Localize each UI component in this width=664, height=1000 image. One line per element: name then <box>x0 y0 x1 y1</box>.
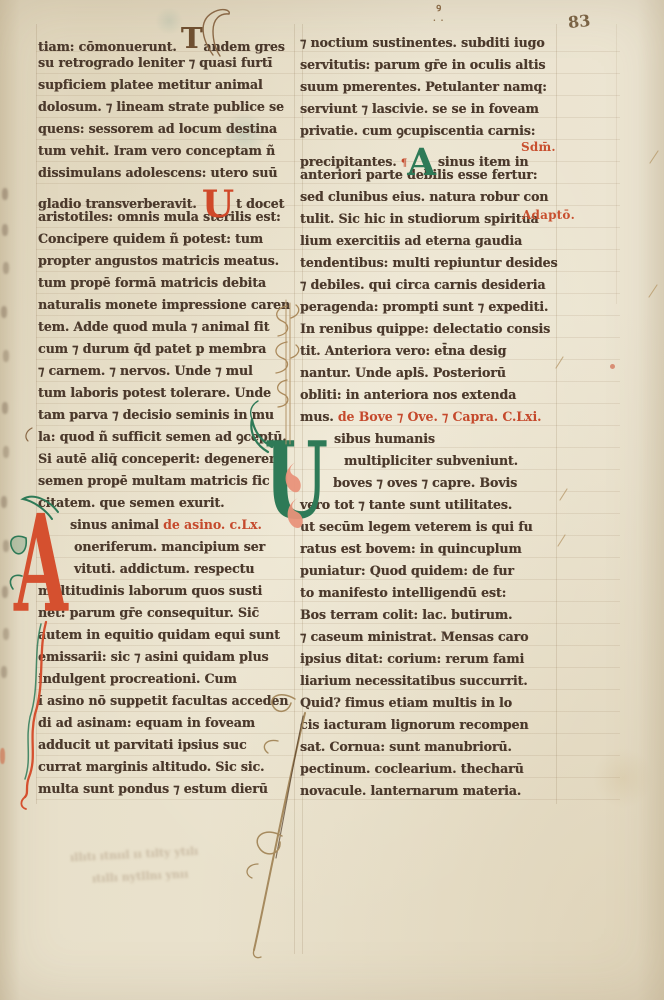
green-inline-initial: A <box>407 140 436 184</box>
text-line: obliti: in anteriora nos extenda <box>300 384 558 406</box>
text-segment: novacule. lanternarum materia. <box>300 783 521 798</box>
text-segment: aristotiles: omnis mula sterilis est: <box>38 209 281 224</box>
text-segment: suum pmerentes. Petulanter namq: <box>300 79 547 94</box>
text-line: nantur. Unde apls̄. Posteriorū <box>300 362 558 384</box>
text-line: net: parum gr̄e consequitur. Sic̄ <box>38 602 296 624</box>
showthrough-text-line: ıtıllı nytllnı ynıı <box>92 867 189 885</box>
text-segment: tam parva ⁊ decisio seminis in mu <box>38 407 274 422</box>
text-line: di ad asinam: equam in foveam <box>38 712 296 734</box>
text-segment: oneriferum. mancipium ser <box>74 539 265 554</box>
text-segment: tum laboris potest tolerare. Unde <box>38 385 271 400</box>
text-line: serviunt ⁊ lascivie. se se in foveam <box>300 98 558 120</box>
text-line: liarium necessitatibus succurrit. <box>300 670 558 692</box>
text-line: dolosum. ⁊ lineam strate publice se <box>38 96 296 118</box>
folio-number: 83 <box>567 11 591 32</box>
text-line: la: quod ñ sufficit semen ad ꝯceptū. <box>38 426 296 448</box>
text-segment: tit. Anteriora vero: et̄na desig <box>300 343 506 358</box>
text-segment: adducit ut parvitati ipsius suc <box>38 737 247 752</box>
text-segment: emissarii: sic ⁊ asini quidam plus <box>38 649 269 664</box>
text-line: peragenda: prompti sunt ⁊ expediti. <box>300 296 558 318</box>
text-line: mus. de Bove ⁊ Ove. ⁊ Capra. C.Lxi. <box>300 406 558 428</box>
margin-note-red-2: Adaptō. <box>522 208 575 222</box>
text-line: cum ⁊ durum q̄d patet p membra <box>38 338 296 360</box>
text-segment: multitudinis laborum quos susti <box>38 583 262 598</box>
text-line: ⁊ carnem. ⁊ nervos. Unde ⁊ mul <box>38 360 296 382</box>
text-line: Si autē aliq̄ conceperit: degenerent <box>38 448 296 470</box>
margin-note-red-1: Sdm̄. <box>521 140 556 154</box>
text-line: vituti. addictum. respectu <box>74 558 296 580</box>
text-line: tam parva ⁊ decisio seminis in mu <box>38 404 296 426</box>
text-segment: sibus humanis <box>334 431 435 446</box>
text-line: pectinum. coclearium. thecharū <box>300 758 558 780</box>
text-segment: ⁊ caseum ministrat. Mensas caro <box>300 629 528 644</box>
text-line: tum propē formā matricis debita <box>38 272 296 294</box>
text-segment: Bos terram colit: lac. butirum. <box>300 607 512 622</box>
text-line: tiam: cōmonuerunt. Tandem gres <box>38 30 296 52</box>
text-line: Bos terram colit: lac. butirum. <box>300 604 558 626</box>
text-segment: nantur. Unde apls̄. Posteriorū <box>300 365 506 380</box>
text-segment: lium exercitiis ad eterna gaudia <box>300 233 522 248</box>
text-segment: ī asino nō suppetit facultas acceden <box>38 693 288 708</box>
text-segment: vero tot ⁊ tante sunt utilitates. <box>300 497 512 512</box>
text-line: ⁊ debiles. qui circa carnis desideria <box>300 274 558 296</box>
text-line: gladio transverberavit. Ut docet <box>38 184 296 206</box>
text-line: lium exercitiis ad eterna gaudia <box>300 230 558 252</box>
text-segment: privatie. cum ꝯcupiscentia carnis: <box>300 123 535 138</box>
text-segment: su retrogrado leniter ⁊ quasi furtī <box>38 55 272 70</box>
text-line: sed clunibus eius. natura robur con <box>300 186 558 208</box>
decorated-initial-asinus-A: A <box>14 498 68 632</box>
text-line: cis iacturam lignorum recompen <box>300 714 558 736</box>
text-segment: propter angustos matricis meatus. <box>38 253 279 268</box>
edge-showthrough-smudges <box>2 188 8 200</box>
quire-mark: ꝰ· · <box>433 5 444 25</box>
text-line: tit. Anteriora vero: et̄na desig <box>300 340 558 362</box>
text-line: ipsius ditat: corium: rerum fami <box>300 648 558 670</box>
text-line: tulit. Sic hic in studiorum spiritua <box>300 208 558 230</box>
initial-usibus-salmon-ornament <box>276 458 316 536</box>
text-segment: dolosum. ⁊ lineam strate publice se <box>38 99 284 114</box>
text-line: ratus est bovem: in quincuplum <box>300 538 558 560</box>
text-line: ut secūm legem veterem is qui fu <box>300 516 558 538</box>
text-segment: indulgent procreationi. Cum <box>38 671 237 686</box>
text-line: precipitantes. ¶Asinus item in <box>300 142 558 164</box>
text-segment: sed clunibus eius. natura robur con <box>300 189 548 204</box>
text-line: Concipere quidem ñ potest: tum <box>38 228 296 250</box>
text-line: multitudinis laborum quos susti <box>38 580 296 602</box>
text-line: multipliciter subveniunt. <box>344 450 558 472</box>
text-line: sibus humanis <box>334 428 558 450</box>
text-line: semen propē multam matricis fic <box>38 470 296 492</box>
text-line: supficiem platee metitur animal <box>38 74 296 96</box>
text-segment: Si autē aliq̄ conceperit: degenerent <box>38 451 284 466</box>
rubric-text: de Bove ⁊ Ove. ⁊ Capra. C.Lxi. <box>338 409 542 424</box>
text-segment: currat marginis altitudo. Sic sic. <box>38 759 264 774</box>
text-line: ⁊ noctium sustinentes. subditi iugo <box>300 32 558 54</box>
vertical-ruling-left <box>36 24 37 804</box>
text-segment: obliti: in anteriora nos extenda <box>300 387 516 402</box>
text-segment: sat. Cornua: sunt manubriorū. <box>300 739 512 754</box>
red-inline-initial: U <box>202 182 234 226</box>
text-segment: ut secūm legem veterem is qui fu <box>300 519 533 534</box>
rubric-text: de asino. c.Lx. <box>163 517 262 532</box>
text-segment: boves ⁊ oves ⁊ capre. Bovis <box>333 475 517 490</box>
text-line: sat. Cornua: sunt manubriorū. <box>300 736 558 758</box>
text-line: dissimulans adolescens: utero suū <box>38 162 296 184</box>
text-line: servitutis: parum gr̄e in oculis altis <box>300 54 558 76</box>
text-segment: quens: sessorem ad locum destina <box>38 121 277 136</box>
text-segment: autem in equitio quidam equi sunt <box>38 627 280 642</box>
text-segment: serviunt ⁊ lascivie. se se in foveam <box>300 101 539 116</box>
text-segment: Concipere quidem ñ potest: tum <box>38 231 263 246</box>
text-segment: In renibus quippe: delectatio consis <box>300 321 550 336</box>
text-line: puniatur: Quod quidem: de fur <box>300 560 558 582</box>
text-line: novacule. lanternarum materia. <box>300 780 558 802</box>
text-line: tum laboris potest tolerare. Unde <box>38 382 296 404</box>
left-text-column: tiam: cōmonuerunt. Tandem gressu retrogr… <box>38 30 296 800</box>
text-segment: ⁊ debiles. qui circa carnis desideria <box>300 277 545 292</box>
text-segment: Quid? fimus etiam multis in lo <box>300 695 512 710</box>
text-line: adducit ut parvitati ipsius suc <box>38 734 296 756</box>
text-segment: liarium necessitatibus succurrit. <box>300 673 528 688</box>
text-line: tendentibus: multi repiuntur desides <box>300 252 558 274</box>
text-segment: multipliciter subveniunt. <box>344 453 518 468</box>
manuscript-page: 83 ꝰ· · tiam: cōmonuerunt. Tandem gressu… <box>0 0 664 1000</box>
text-segment: supficiem platee metitur animal <box>38 77 263 92</box>
text-segment: cum ⁊ durum q̄d patet p membra <box>38 341 266 356</box>
text-line: multa sunt pondus ⁊ estum dierū <box>38 778 296 800</box>
text-segment: ⁊ carnem. ⁊ nervos. Unde ⁊ mul <box>38 363 253 378</box>
text-line: tem. Adde quod mula ⁊ animal fit <box>38 316 296 338</box>
text-line: naturalis monete impressione caren <box>38 294 296 316</box>
text-line: emissarii: sic ⁊ asini quidam plus <box>38 646 296 668</box>
text-segment: sinus animal <box>70 517 163 532</box>
quire-mark-dots: · · <box>433 15 444 25</box>
text-segment: peragenda: prompti sunt ⁊ expediti. <box>300 299 548 314</box>
text-line: oneriferum. mancipium ser <box>74 536 296 558</box>
text-segment: multa sunt pondus ⁊ estum dierū <box>38 781 268 796</box>
text-segment: tum vehit. Iram vero conceptam ñ <box>38 143 275 158</box>
text-segment: tulit. Sic hic in studiorum spiritua <box>300 211 539 226</box>
showthrough-text-line: ıllıtı ıtnııl ıı tılty ytılı <box>70 845 199 865</box>
text-segment: puniatur: Quod quidem: de fur <box>300 563 514 578</box>
text-segment: naturalis monete impressione caren <box>38 297 290 312</box>
text-line: propter angustos matricis meatus. <box>38 250 296 272</box>
text-line: currat marginis altitudo. Sic sic. <box>38 756 296 778</box>
text-segment: tum propē formā matricis debita <box>38 275 266 290</box>
text-segment: di ad asinam: equam in foveam <box>38 715 255 730</box>
text-segment: tem. Adde quod mula ⁊ animal fit <box>38 319 269 334</box>
text-line: to manifesto intelligendū est: <box>300 582 558 604</box>
tall-capital: T <box>181 21 202 55</box>
text-segment: pectinum. coclearium. thecharū <box>300 761 524 776</box>
text-segment: servitutis: parum gr̄e in oculis altis <box>300 57 545 72</box>
text-segment: ⁊ noctium sustinentes. subditi iugo <box>300 35 545 50</box>
text-line: privatie. cum ꝯcupiscentia carnis: <box>300 120 558 142</box>
vertical-ruling-margin <box>616 24 617 304</box>
text-segment: net: parum gr̄e consequitur. Sic̄ <box>38 605 259 620</box>
text-line: autem in equitio quidam equi sunt <box>38 624 296 646</box>
text-line: In renibus quippe: delectatio consis <box>300 318 558 340</box>
text-segment: vituti. addictum. respectu <box>74 561 254 576</box>
red-paint-mark <box>0 748 5 764</box>
text-segment: dissimulans adolescens: utero suū <box>38 165 277 180</box>
text-segment: to manifesto intelligendū est: <box>300 585 506 600</box>
text-line: citatem. que semen exurit. <box>38 492 296 514</box>
text-segment: cis iacturam lignorum recompen <box>300 717 528 732</box>
text-segment: semen propē multam matricis fic <box>38 473 269 488</box>
right-text-column: ⁊ noctium sustinentes. subditi iugoservi… <box>300 32 558 802</box>
text-line: suum pmerentes. Petulanter namq: <box>300 76 558 98</box>
text-line: su retrogrado leniter ⁊ quasi furtī <box>38 52 296 74</box>
text-segment: ipsius ditat: corium: rerum fami <box>300 651 524 666</box>
text-segment: ratus est bovem: in quincuplum <box>300 541 522 556</box>
text-line: quens: sessorem ad locum destina <box>38 118 296 140</box>
text-line: Quid? fimus etiam multis in lo <box>300 692 558 714</box>
text-line: vero tot ⁊ tante sunt utilitates. <box>300 494 558 516</box>
text-line: ⁊ caseum ministrat. Mensas caro <box>300 626 558 648</box>
text-line: tum vehit. Iram vero conceptam ñ <box>38 140 296 162</box>
text-line: indulgent procreationi. Cum <box>38 668 296 690</box>
text-line: aristotiles: omnis mula sterilis est: <box>38 206 296 228</box>
text-line: boves ⁊ oves ⁊ capre. Bovis <box>333 472 558 494</box>
text-line: sinus animal de asino. c.Lx. <box>70 514 296 536</box>
text-line: ī asino nō suppetit facultas acceden <box>38 690 296 712</box>
text-segment: tendentibus: multi repiuntur desides <box>300 255 557 270</box>
text-segment: la: quod ñ sufficit semen ad ꝯceptū. <box>38 429 287 444</box>
